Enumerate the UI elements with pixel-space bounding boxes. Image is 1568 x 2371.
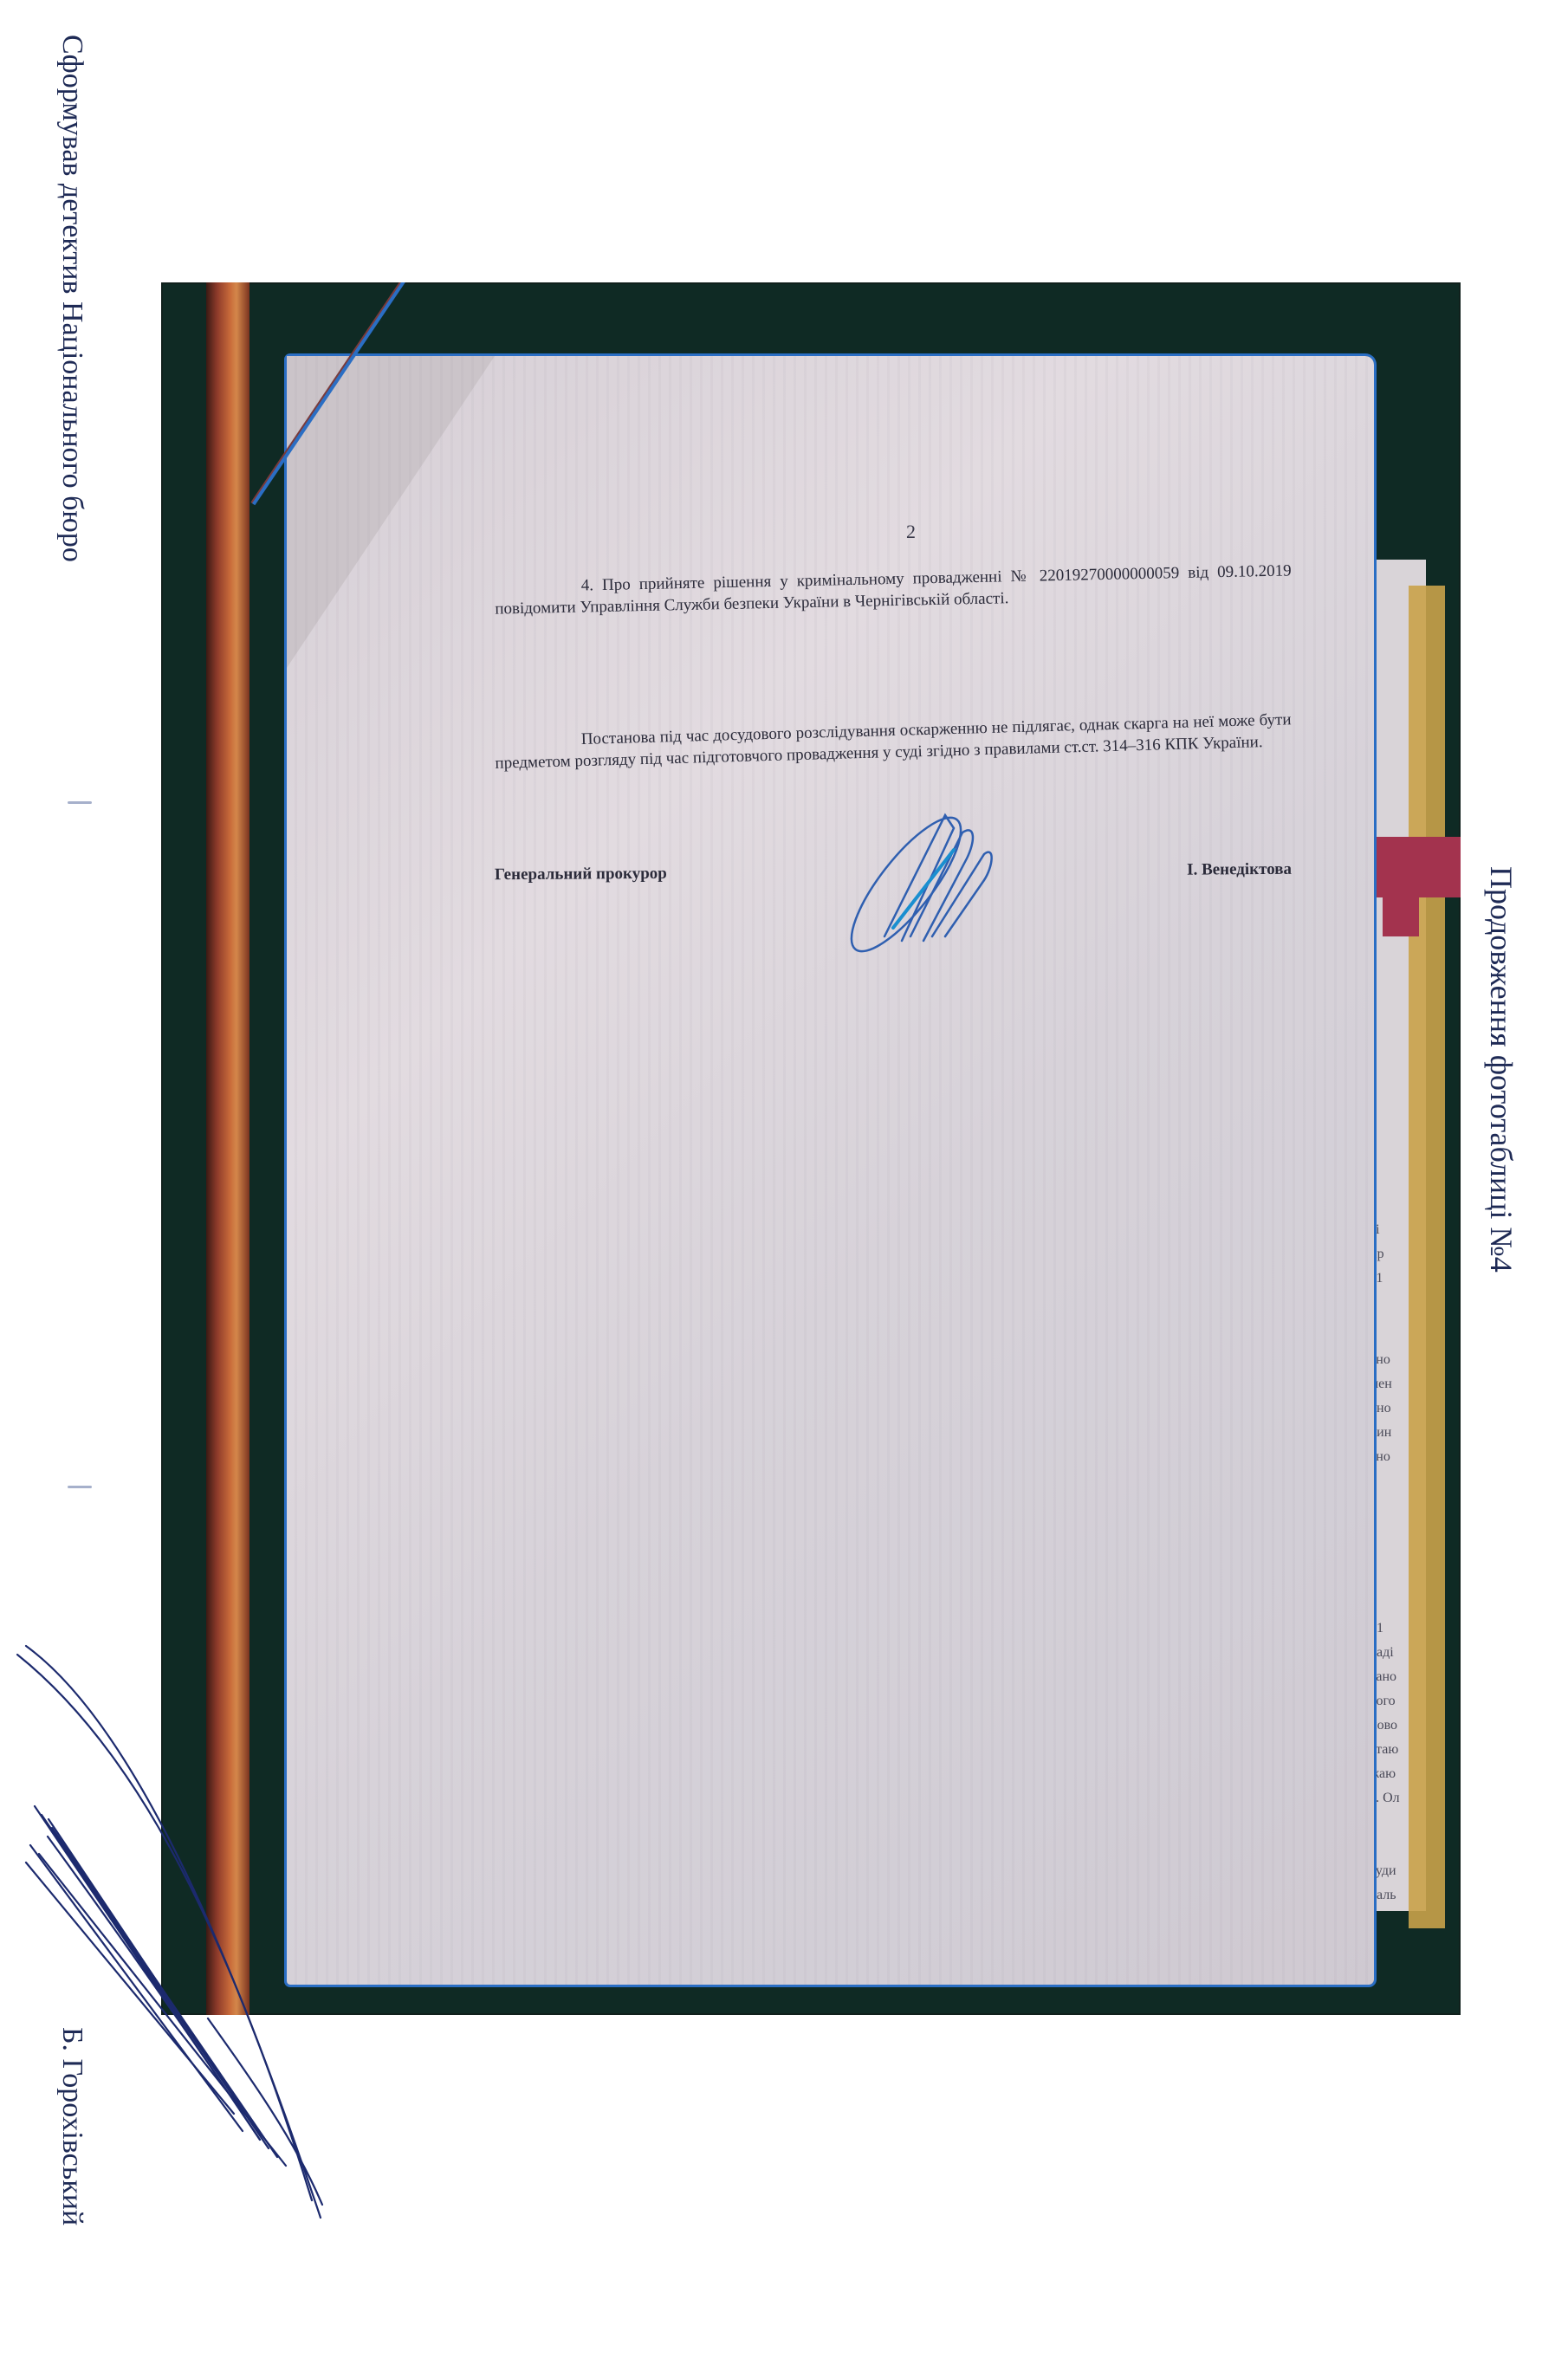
caption-detective: Сформував детектив Національного бюро	[55, 35, 88, 562]
caption-officer-name: Б. Горохівський	[55, 2027, 88, 2225]
margin-mark	[68, 1486, 92, 1488]
signatory-name: І. Венедіктова	[1187, 860, 1292, 880]
document-photo: аі пр 11 1 ьно мен оно дин ьно 41 ладі в…	[161, 282, 1461, 2015]
prosecutor-signature-icon	[824, 798, 1014, 971]
page-number: 2	[906, 521, 916, 543]
folded-corner	[287, 356, 495, 668]
underlying-text-group-3: 41 ладі вано вого пово стаю жаю с. Ол	[1370, 1616, 1400, 1811]
caption-phototable: Продовження фототаблиці №4	[1483, 866, 1519, 1273]
yellow-bookmark-tab	[1409, 586, 1445, 1928]
document-page: 2 4. Про прийняте рішення у кримінальном…	[287, 356, 1374, 1985]
wooden-rod	[206, 282, 249, 2015]
fold-edge	[252, 282, 468, 505]
paragraph-appeal-rules: Постанова під час досудового розслідуван…	[494, 709, 1292, 774]
margin-mark	[68, 801, 92, 804]
signatory-title: Генеральний прокурор	[495, 865, 667, 884]
paragraph-decision-notice: 4. Про прийняте рішення у кримінальному …	[495, 560, 1293, 619]
